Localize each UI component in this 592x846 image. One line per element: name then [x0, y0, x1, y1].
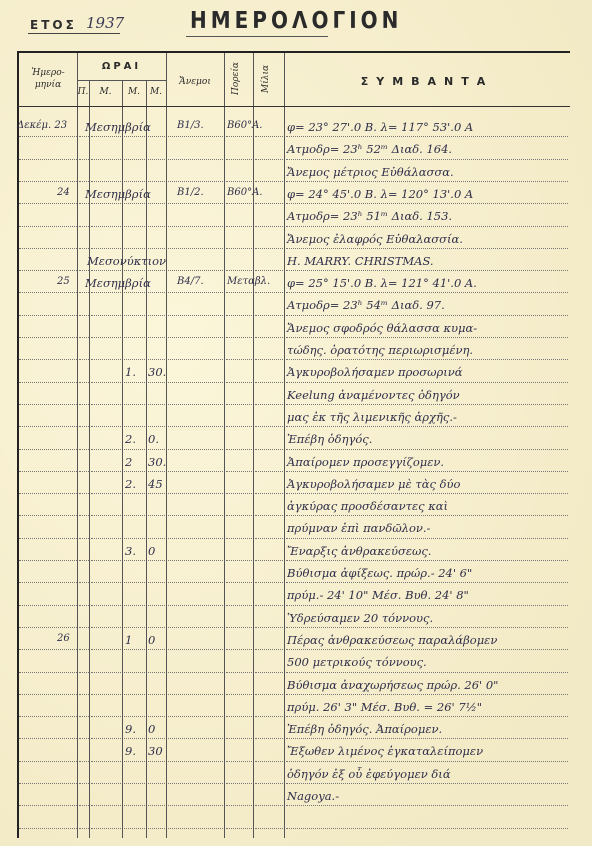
- row-baseline: [286, 136, 568, 137]
- row-baseline: [226, 426, 252, 427]
- entry-events: Ἐπέβη ὁδηγός. Ἀπαίρομεν.: [287, 722, 442, 736]
- table-top-rule: [17, 51, 570, 53]
- entry-hours-text: Μεσημβρία: [85, 276, 151, 290]
- entry-minute: 45: [148, 477, 163, 491]
- row-baseline: [79, 226, 89, 227]
- row-baseline: [168, 805, 223, 806]
- row-baseline: [19, 159, 77, 160]
- row-baseline: [286, 582, 568, 583]
- entry-events: Keelung ἀναμένοντες ὁδηγόν: [287, 388, 460, 402]
- row-baseline: [124, 359, 145, 360]
- entry-minute: 30.: [148, 455, 166, 469]
- row-baseline: [226, 493, 252, 494]
- row-baseline: [148, 627, 165, 628]
- row-baseline: [79, 337, 89, 338]
- row-baseline: [226, 181, 252, 182]
- row-baseline: [91, 315, 121, 316]
- row-baseline: [148, 471, 165, 472]
- entry-events: Πέρας ἀνθρακεύσεως παραλάβομεν: [287, 633, 497, 647]
- entry-events: Βύθισμα ἀφίξεως. πρώρ.- 24' 6": [287, 566, 472, 580]
- row-baseline: [124, 181, 145, 182]
- row-baseline: [255, 805, 283, 806]
- row-baseline: [124, 292, 145, 293]
- row-baseline: [19, 226, 77, 227]
- row-baseline: [226, 248, 252, 249]
- row-baseline: [226, 738, 252, 739]
- row-baseline: [148, 582, 165, 583]
- row-baseline: [226, 716, 252, 717]
- row-baseline: [255, 159, 283, 160]
- entry-events: μας ἐκ τῆς λιμενικῆς ἀρχῆς.-: [287, 410, 457, 424]
- year-value: 1937: [86, 14, 124, 32]
- row-baseline: [226, 315, 252, 316]
- row-baseline: [124, 738, 145, 739]
- row-baseline: [168, 605, 223, 606]
- row-baseline: [226, 337, 252, 338]
- row-baseline: [148, 828, 165, 829]
- entry-minute: 0: [148, 722, 155, 736]
- header-hour-m1: Μ.: [89, 87, 122, 97]
- entry-events: πρύμ.- 24' 10" Μέσ. Βυθ. 24' 8": [287, 588, 469, 602]
- header-course: Πορεία: [231, 59, 241, 99]
- entry-events: φ= 23° 27'.0 Β. λ= 117° 53'.0 Α: [287, 120, 473, 134]
- entry-course: Μεταβλ.: [227, 276, 270, 287]
- row-baseline: [91, 159, 121, 160]
- row-baseline: [91, 538, 121, 539]
- row-baseline: [79, 582, 89, 583]
- row-baseline: [168, 828, 223, 829]
- row-baseline: [226, 270, 252, 271]
- row-baseline: [91, 404, 121, 405]
- row-baseline: [226, 783, 252, 784]
- row-baseline: [124, 716, 145, 717]
- row-baseline: [124, 805, 145, 806]
- row-baseline: [226, 605, 252, 606]
- row-baseline: [124, 404, 145, 405]
- row-baseline: [91, 560, 121, 561]
- entry-events: Ἄνεμος σφοδρός θάλασσα κυμα-: [287, 321, 477, 335]
- entry-hour: 2.: [125, 477, 136, 491]
- row-baseline: [79, 783, 89, 784]
- row-baseline: [286, 426, 568, 427]
- row-baseline: [124, 627, 145, 628]
- row-baseline: [124, 493, 145, 494]
- row-baseline: [124, 382, 145, 383]
- row-baseline: [91, 471, 121, 472]
- row-baseline: [91, 270, 121, 271]
- row-baseline: [79, 248, 89, 249]
- row-baseline: [124, 203, 145, 204]
- entry-hours-text: Μεσημβρία: [85, 120, 151, 134]
- row-baseline: [226, 761, 252, 762]
- row-baseline: [286, 226, 568, 227]
- row-baseline: [148, 159, 165, 160]
- row-baseline: [148, 449, 165, 450]
- row-baseline: [255, 136, 283, 137]
- row-baseline: [255, 292, 283, 293]
- row-baseline: [286, 382, 568, 383]
- row-baseline: [226, 672, 252, 673]
- entry-events: πρύμ. 26' 3" Μέσ. Βυθ. = 26' 7½": [287, 700, 482, 714]
- row-baseline: [19, 471, 77, 472]
- row-baseline: [91, 292, 121, 293]
- row-baseline: [168, 136, 223, 137]
- row-baseline: [255, 404, 283, 405]
- row-baseline: [91, 605, 121, 606]
- header-hour-p: Π.: [77, 87, 89, 97]
- row-baseline: [168, 382, 223, 383]
- row-baseline: [255, 783, 283, 784]
- row-baseline: [91, 716, 121, 717]
- row-baseline: [148, 426, 165, 427]
- row-baseline: [79, 471, 89, 472]
- row-baseline: [255, 359, 283, 360]
- page-title: ΗΜΕΡΟΛΟΓΙΟΝ: [190, 6, 402, 34]
- entry-minute: 0.: [148, 432, 159, 446]
- row-baseline: [286, 694, 568, 695]
- row-baseline: [226, 226, 252, 227]
- entry-events: Nagoya.-: [287, 789, 339, 803]
- entry-events: Ἄνεμος μέτριος Εὐθάλασσα.: [287, 165, 454, 179]
- row-baseline: [168, 649, 223, 650]
- row-baseline: [255, 493, 283, 494]
- row-baseline: [19, 672, 77, 673]
- row-baseline: [226, 515, 252, 516]
- entry-hour: 1: [125, 633, 132, 647]
- row-baseline: [168, 738, 223, 739]
- row-baseline: [168, 582, 223, 583]
- row-baseline: [79, 426, 89, 427]
- row-baseline: [79, 828, 89, 829]
- row-baseline: [255, 538, 283, 539]
- row-baseline: [91, 627, 121, 628]
- row-baseline: [226, 649, 252, 650]
- entry-minute: 30.: [148, 365, 166, 379]
- row-baseline: [19, 538, 77, 539]
- row-baseline: [19, 270, 77, 271]
- header-hour-m2: Μ.: [122, 87, 146, 97]
- entry-events: Βύθισμα ἀναχωρήσεως πρώρ. 26' 0": [287, 678, 498, 692]
- row-baseline: [79, 493, 89, 494]
- row-baseline: [148, 649, 165, 650]
- row-baseline: [255, 315, 283, 316]
- row-baseline: [255, 828, 283, 829]
- row-baseline: [286, 649, 568, 650]
- row-baseline: [124, 828, 145, 829]
- row-baseline: [124, 560, 145, 561]
- title-underline: [186, 36, 328, 37]
- row-baseline: [226, 805, 252, 806]
- row-baseline: [148, 404, 165, 405]
- row-baseline: [124, 783, 145, 784]
- row-baseline: [148, 359, 165, 360]
- row-baseline: [79, 136, 89, 137]
- row-baseline: [19, 382, 77, 383]
- row-baseline: [19, 783, 77, 784]
- entry-events: Ὑδρεύσαμεν 20 τόννους.: [287, 611, 433, 625]
- row-baseline: [79, 359, 89, 360]
- entry-events: Ἔξωθεν λιμένος ἐγκαταλείπομεν: [287, 744, 483, 758]
- row-baseline: [168, 426, 223, 427]
- rule-date-hours: [77, 53, 78, 838]
- row-baseline: [91, 181, 121, 182]
- row-baseline: [19, 426, 77, 427]
- row-baseline: [226, 359, 252, 360]
- entry-events: Ατμοδρ= 23ʰ 54ᵐ Διαδ. 97.: [287, 298, 445, 312]
- row-baseline: [79, 560, 89, 561]
- entry-events: ἀγκύρας προσδέσαντες καὶ: [287, 499, 448, 513]
- row-baseline: [148, 226, 165, 227]
- row-baseline: [286, 761, 568, 762]
- row-baseline: [124, 136, 145, 137]
- entry-minute: 30: [148, 744, 163, 758]
- row-baseline: [168, 159, 223, 160]
- row-baseline: [124, 471, 145, 472]
- row-baseline: [226, 382, 252, 383]
- row-baseline: [19, 359, 77, 360]
- rule-left: [17, 53, 19, 838]
- entry-date: 26: [57, 633, 70, 644]
- row-baseline: [168, 359, 223, 360]
- row-baseline: [19, 694, 77, 695]
- row-baseline: [124, 226, 145, 227]
- row-baseline: [255, 605, 283, 606]
- entry-events: Ατμοδρ= 23ʰ 52ᵐ Διαδ. 164.: [287, 142, 452, 156]
- row-baseline: [255, 761, 283, 762]
- row-baseline: [255, 382, 283, 383]
- row-baseline: [255, 248, 283, 249]
- header-bottom-rule: [17, 106, 570, 107]
- row-baseline: [255, 627, 283, 628]
- entry-course: Β60°Α.: [227, 120, 262, 131]
- row-baseline: [79, 449, 89, 450]
- row-baseline: [19, 337, 77, 338]
- row-baseline: [124, 582, 145, 583]
- row-baseline: [226, 471, 252, 472]
- year-label: ΕΤΟΣ: [30, 18, 77, 32]
- header-hour-m3: Μ.: [146, 87, 166, 97]
- entry-events: ὁδηγόν ἐξ οὗ ἐφεύγομεν διά: [287, 767, 451, 781]
- row-baseline: [124, 761, 145, 762]
- row-baseline: [286, 203, 568, 204]
- row-baseline: [286, 359, 568, 360]
- row-baseline: [79, 627, 89, 628]
- row-baseline: [255, 582, 283, 583]
- row-baseline: [226, 560, 252, 561]
- row-baseline: [79, 382, 89, 383]
- row-baseline: [124, 270, 145, 271]
- row-baseline: [148, 716, 165, 717]
- row-baseline: [124, 538, 145, 539]
- row-baseline: [91, 226, 121, 227]
- row-baseline: [91, 426, 121, 427]
- entry-events: Ἐπέβη ὁδηγός.: [287, 432, 372, 446]
- row-baseline: [286, 292, 568, 293]
- row-baseline: [226, 828, 252, 829]
- row-baseline: [91, 761, 121, 762]
- row-baseline: [91, 805, 121, 806]
- year-underline: [28, 33, 120, 34]
- row-baseline: [91, 248, 121, 249]
- row-baseline: [91, 337, 121, 338]
- row-baseline: [19, 649, 77, 650]
- row-baseline: [124, 515, 145, 516]
- row-baseline: [255, 449, 283, 450]
- entry-hour: 9.: [125, 744, 136, 758]
- row-baseline: [148, 270, 165, 271]
- row-baseline: [255, 515, 283, 516]
- row-baseline: [226, 627, 252, 628]
- entry-date: Δεκέμ. 23: [17, 120, 67, 131]
- row-baseline: [124, 159, 145, 160]
- entry-winds: Β4/7.: [177, 276, 204, 287]
- row-baseline: [148, 805, 165, 806]
- row-baseline: [91, 783, 121, 784]
- row-baseline: [91, 649, 121, 650]
- row-baseline: [255, 560, 283, 561]
- row-baseline: [91, 203, 121, 204]
- row-baseline: [124, 449, 145, 450]
- row-baseline: [124, 694, 145, 695]
- row-baseline: [286, 270, 568, 271]
- row-baseline: [148, 783, 165, 784]
- row-baseline: [168, 761, 223, 762]
- row-baseline: [255, 716, 283, 717]
- row-baseline: [19, 582, 77, 583]
- row-baseline: [168, 783, 223, 784]
- row-baseline: [79, 738, 89, 739]
- entry-winds: Β1/2.: [177, 187, 204, 198]
- entry-events: Ατμοδρ= 23ʰ 51ᵐ Διαδ. 153.: [287, 209, 452, 223]
- row-baseline: [79, 649, 89, 650]
- entry-hour: 2.: [125, 432, 136, 446]
- row-baseline: [91, 582, 121, 583]
- row-baseline: [168, 538, 223, 539]
- entry-events: φ= 25° 15'.0 Β. λ= 121° 41'.0 Α.: [287, 276, 477, 290]
- row-baseline: [79, 203, 89, 204]
- row-baseline: [148, 694, 165, 695]
- row-baseline: [255, 226, 283, 227]
- row-baseline: [226, 136, 252, 137]
- row-baseline: [168, 560, 223, 561]
- row-baseline: [286, 738, 568, 739]
- row-baseline: [286, 449, 568, 450]
- row-baseline: [19, 627, 77, 628]
- row-baseline: [226, 203, 252, 204]
- row-baseline: [148, 605, 165, 606]
- row-baseline: [79, 315, 89, 316]
- row-baseline: [148, 248, 165, 249]
- row-baseline: [148, 560, 165, 561]
- row-baseline: [148, 136, 165, 137]
- row-baseline: [148, 315, 165, 316]
- row-baseline: [286, 337, 568, 338]
- row-baseline: [19, 181, 77, 182]
- entry-events: Ἀπαίρομεν προσεγγίζομεν.: [287, 455, 444, 469]
- row-baseline: [148, 738, 165, 739]
- row-baseline: [286, 672, 568, 673]
- row-baseline: [79, 404, 89, 405]
- row-baseline: [19, 560, 77, 561]
- row-baseline: [91, 515, 121, 516]
- row-baseline: [286, 805, 568, 806]
- row-baseline: [226, 582, 252, 583]
- row-baseline: [79, 694, 89, 695]
- entry-minute: 0: [148, 544, 155, 558]
- entry-events: Ἀγκυροβολήσαμεν προσωρινά: [287, 365, 463, 379]
- header-miles: Μίλια: [261, 61, 271, 97]
- row-baseline: [286, 471, 568, 472]
- row-baseline: [255, 694, 283, 695]
- row-baseline: [255, 471, 283, 472]
- row-baseline: [91, 359, 121, 360]
- entry-winds: Β1/3.: [177, 120, 204, 131]
- row-baseline: [255, 426, 283, 427]
- log-table: Ἡμερο-μηνία ΩΡΑΙ Π. Μ. Μ. Μ. Ἄνεμοι Πορε…: [17, 51, 570, 838]
- row-baseline: [91, 738, 121, 739]
- row-baseline: [19, 203, 77, 204]
- row-baseline: [91, 694, 121, 695]
- row-baseline: [226, 159, 252, 160]
- row-baseline: [255, 270, 283, 271]
- row-baseline: [168, 337, 223, 338]
- row-baseline: [168, 226, 223, 227]
- entry-hours-text: Μεσονύκτιον: [87, 254, 166, 268]
- row-baseline: [255, 181, 283, 182]
- row-baseline: [19, 515, 77, 516]
- row-baseline: [148, 493, 165, 494]
- row-baseline: [19, 136, 77, 137]
- row-baseline: [286, 315, 568, 316]
- row-baseline: [19, 292, 77, 293]
- header-hours: ΩΡΑΙ: [77, 61, 166, 72]
- row-baseline: [255, 738, 283, 739]
- row-baseline: [148, 181, 165, 182]
- row-baseline: [286, 515, 568, 516]
- row-baseline: [79, 605, 89, 606]
- row-baseline: [168, 292, 223, 293]
- entry-events: πρύμναν ἐπὶ πανδῶλον.-: [287, 521, 430, 535]
- entry-hour: 9.: [125, 722, 136, 736]
- entry-hour: 1.: [125, 365, 136, 379]
- row-baseline: [91, 449, 121, 450]
- row-baseline: [286, 248, 568, 249]
- entry-events: H. MARRY. CHRISTMAS.: [287, 254, 434, 268]
- row-baseline: [91, 828, 121, 829]
- row-baseline: [168, 248, 223, 249]
- row-baseline: [168, 181, 223, 182]
- header-events: ΣΥΜΒΑΝΤΑ: [284, 75, 570, 88]
- row-baseline: [79, 181, 89, 182]
- row-baseline: [286, 783, 568, 784]
- row-baseline: [91, 382, 121, 383]
- entry-events: Ἔναρξις ἀνθρακεύσεως.: [287, 544, 431, 558]
- row-baseline: [124, 605, 145, 606]
- rule-hours-winds: [166, 53, 167, 838]
- row-baseline: [79, 538, 89, 539]
- row-baseline: [124, 426, 145, 427]
- row-baseline: [124, 248, 145, 249]
- row-baseline: [124, 337, 145, 338]
- row-baseline: [148, 761, 165, 762]
- row-baseline: [226, 292, 252, 293]
- row-baseline: [79, 716, 89, 717]
- row-baseline: [168, 203, 223, 204]
- row-baseline: [168, 315, 223, 316]
- row-baseline: [168, 471, 223, 472]
- row-baseline: [168, 270, 223, 271]
- row-baseline: [91, 136, 121, 137]
